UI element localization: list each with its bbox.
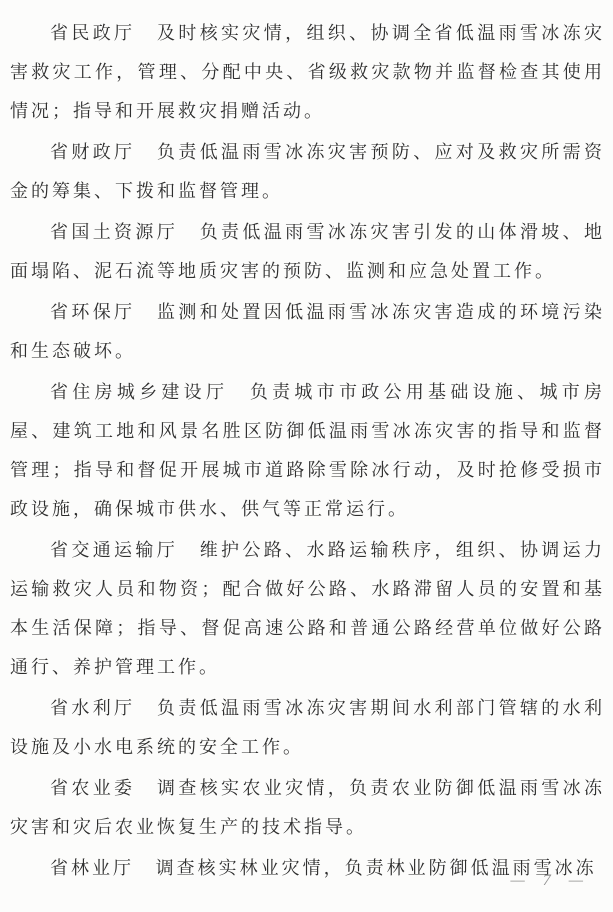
page-number: — 7 — [511, 872, 585, 890]
document-paragraph: 省交通运输厅维护公路、水路运输秩序，组织、协调运力运输救灾人员和物资；配合做好公… [10, 531, 605, 687]
document-paragraph: 省水利厅负责低温雨雪冰冻灾害期间水利部门管辖的水利设施及小水电系统的安全工作。 [10, 689, 605, 767]
document-paragraph: 省住房城乡建设厅负责城市市政公用基础设施、城市房屋、建筑工地和风景名胜区防御低温… [10, 373, 605, 529]
department-name: 省财政厅 [50, 142, 135, 162]
document-paragraph: 省国土资源厅负责低温雨雪冰冻灾害引发的山体滑坡、地面塌陷、泥石流等地质灾害的预防… [10, 213, 605, 291]
department-name: 省国土资源厅 [50, 222, 178, 242]
department-name: 省水利厅 [50, 698, 135, 718]
document-page: 省民政厅及时核实灾情，组织、协调全省低温雨雪冰冻灾害救灾工作，管理、分配中央、省… [0, 0, 613, 912]
department-name: 省农业委 [50, 778, 135, 798]
department-name: 省环保厅 [50, 302, 135, 322]
department-name: 省林业厅 [50, 858, 134, 878]
document-body: 省民政厅及时核实灾情，组织、协调全省低温雨雪冰冻灾害救灾工作，管理、分配中央、省… [10, 14, 605, 890]
document-paragraph: 省财政厅负责低温雨雪冰冻灾害预防、应对及救灾所需资金的筹集、下拨和监督管理。 [10, 133, 605, 211]
paragraph-text: 负责城市市政公用基础设施、城市房屋、建筑工地和风景名胜区防御低温雨雪冰冻灾害的指… [10, 382, 605, 519]
document-paragraph: 省环保厅监测和处置因低温雨雪冰冻灾害造成的环境污染和生态破坏。 [10, 293, 605, 371]
department-name: 省住房城乡建设厅 [50, 382, 228, 402]
document-paragraph: 省农业委调查核实农业灾情，负责农业防御低温雨雪冰冻灾害和灾后农业恢复生产的技术指… [10, 769, 605, 847]
department-name: 省交通运输厅 [50, 540, 178, 560]
paragraph-text: 维护公路、水路运输秩序，组织、协调运力运输救灾人员和物资；配合做好公路、水路滞留… [10, 540, 605, 677]
department-name: 省民政厅 [50, 23, 135, 43]
document-paragraph: 省民政厅及时核实灾情，组织、协调全省低温雨雪冰冻灾害救灾工作，管理、分配中央、省… [10, 14, 605, 131]
